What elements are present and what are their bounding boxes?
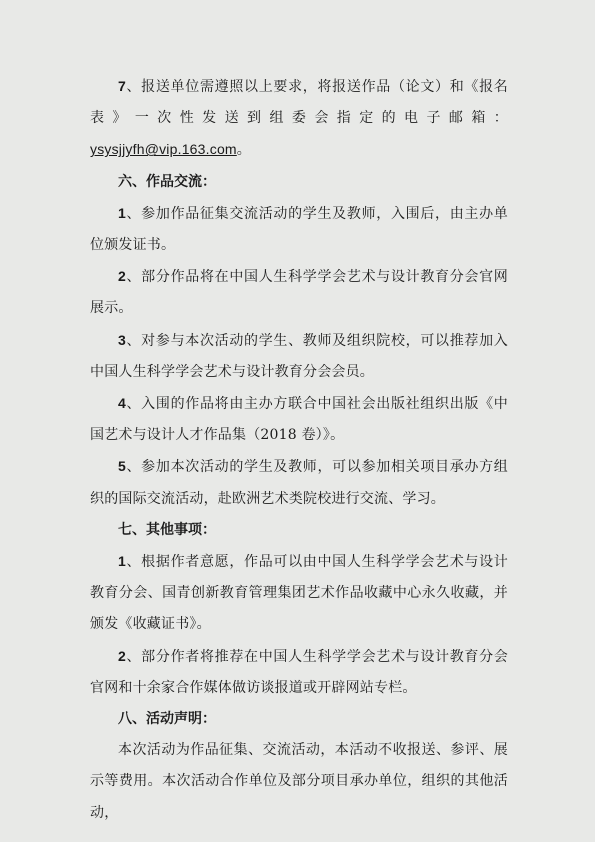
s8-paragraph: 本次活动为作品征集、交流活动，本活动不收报送、参评、展示等费用。本次活动合作单位…	[90, 735, 508, 829]
s6-item-1: 1、参加作品征集交流活动的学生及教师，入围后，由主办单位颁发证书。	[90, 198, 508, 261]
s6-item-2: 2、部分作品将在中国人生科学学会艺术与设计教育分会官网展示。	[90, 261, 508, 324]
s6-item-3: 3、对参与本次活动的学生、教师及组织院校，可以推荐加入中国人生科学学会艺术与设计…	[90, 325, 508, 388]
section-8-heading: 八、活动声明：	[90, 704, 508, 735]
email-link[interactable]: ysysjjyfh@vip.163.com	[90, 141, 237, 157]
section-7-heading: 七、其他事项：	[90, 515, 508, 546]
s6-item-4: 4、入围的作品将由主办方联合中国社会出版社组织出版《中国艺术与设计人才作品集（2…	[90, 388, 508, 451]
document-page: 7、报送单位需遵照以上要求，将报送作品（论文）和《报名表》一次性发送到组委会指定…	[90, 71, 508, 829]
s7-item-2: 2、部分作者将推荐在中国人生科学学会艺术与设计教育分会官网和十余家合作媒体做访谈…	[90, 641, 508, 704]
section-6-heading: 六、作品交流：	[90, 167, 508, 198]
s6-item-5: 5、参加本次活动的学生及教师，可以参加相关项目承办方组织的国际交流活动，赴欧洲艺…	[90, 451, 508, 514]
item-7-paragraph: 7、报送单位需遵照以上要求，将报送作品（论文）和《报名表》一次性发送到组委会指定…	[90, 71, 508, 167]
s7-item-1: 1、根据作者意愿，作品可以由中国人生科学学会艺术与设计教育分会、国青创新教育管理…	[90, 546, 508, 641]
